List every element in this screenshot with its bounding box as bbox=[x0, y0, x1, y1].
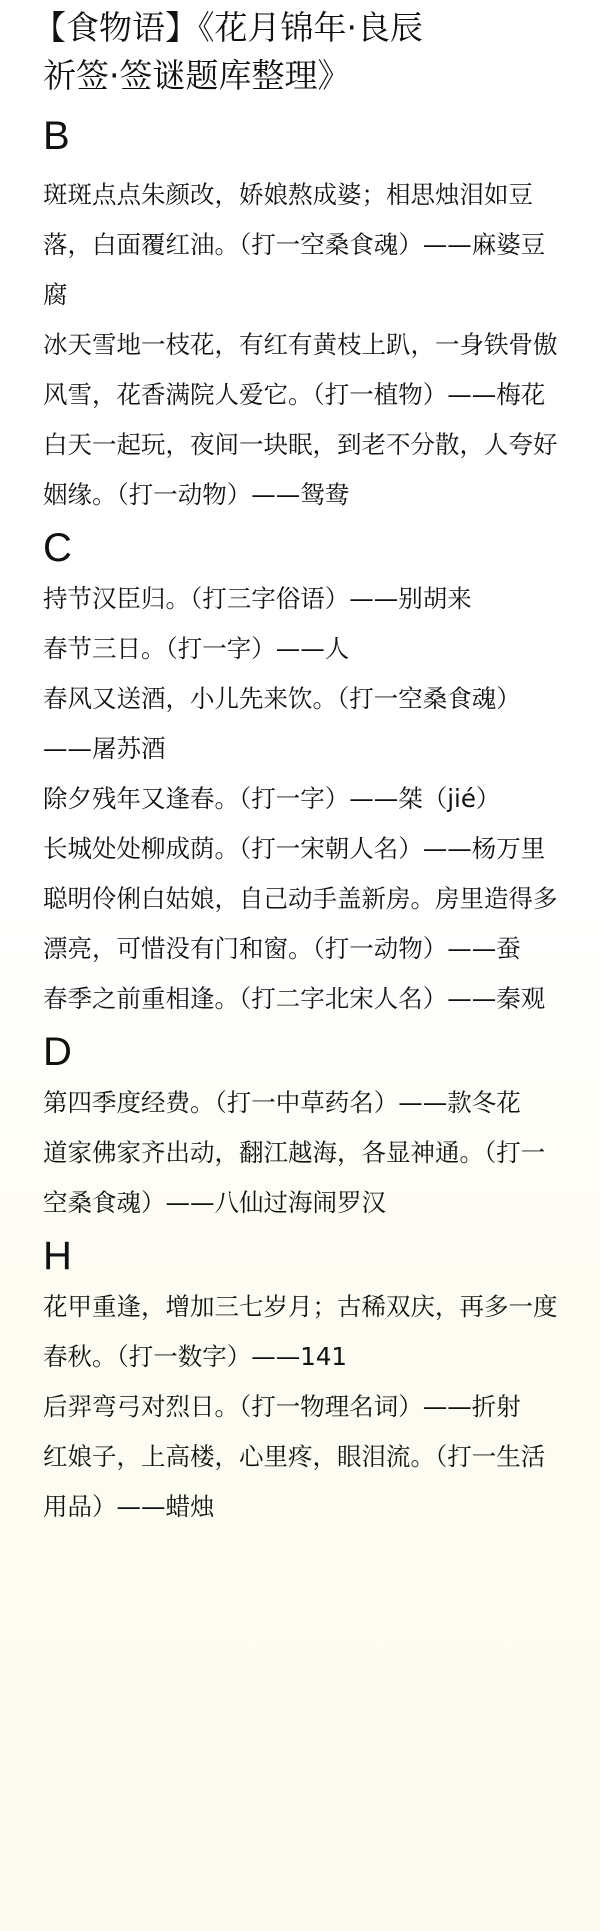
page-title-line-2: 祈签·签谜题库整理》 bbox=[43, 52, 563, 100]
riddle-item: 花甲重逢，增加三七岁月；古稀双庆，再多一度春秋。（打一数字）——141 bbox=[43, 1282, 563, 1382]
document-page: 【食物语】《花月锦年·良辰 祈签·签谜题库整理》 B 斑斑点点朱颜改，娇娘熬成婆… bbox=[0, 0, 563, 1532]
section-c: C 持节汉臣归。（打三字俗语）——别胡来 春节三日。（打一字）——人 春风又送酒… bbox=[43, 526, 563, 1024]
riddle-item: 长城处处柳成荫。（打一宋朝人名）——杨万里 bbox=[43, 824, 563, 874]
section-h: H 花甲重逢，增加三七岁月；古稀双庆，再多一度春秋。（打一数字）——141 后羿… bbox=[43, 1234, 563, 1532]
riddle-item: 后羿弯弓对烈日。（打一物理名词）——折射 bbox=[43, 1382, 563, 1432]
section-b: B 斑斑点点朱颜改，娇娘熬成婆；相思烛泪如豆落，白面覆红油。（打一空桑食魂）——… bbox=[43, 114, 563, 520]
section-heading: B bbox=[43, 114, 563, 158]
riddle-item: 道家佛家齐出动，翻江越海，各显神通。（打一空桑食魂）——八仙过海闹罗汉 bbox=[43, 1128, 563, 1228]
section-heading: H bbox=[43, 1234, 563, 1278]
riddle-item: 持节汉臣归。（打三字俗语）——别胡来 bbox=[43, 574, 563, 624]
page-title-line-1: 【食物语】《花月锦年·良辰 bbox=[33, 4, 563, 52]
riddle-item: 第四季度经费。（打一中草药名）——款冬花 bbox=[43, 1078, 563, 1128]
section-heading: D bbox=[43, 1030, 563, 1074]
riddle-item: 红娘子，上高楼，心里疼，眼泪流。（打一生活用品）——蜡烛 bbox=[43, 1432, 563, 1532]
page-title: 【食物语】《花月锦年·良辰 祈签·签谜题库整理》 bbox=[43, 0, 563, 100]
riddle-item: 白天一起玩，夜间一块眠，到老不分散，人夸好姻缘。（打一动物）——鸳鸯 bbox=[43, 420, 563, 520]
riddle-item: 聪明伶俐白姑娘，自己动手盖新房。房里造得多漂亮，可惜没有门和窗。（打一动物）——… bbox=[43, 874, 563, 974]
riddle-item: 冰天雪地一枝花，有红有黄枝上趴，一身铁骨傲风雪，花香满院人爱它。（打一植物）——… bbox=[43, 320, 563, 420]
riddle-item: 斑斑点点朱颜改，娇娘熬成婆；相思烛泪如豆落，白面覆红油。（打一空桑食魂）——麻婆… bbox=[43, 170, 563, 320]
riddle-item: 春季之前重相逢。（打二字北宋人名）——秦观 bbox=[43, 974, 563, 1024]
riddle-item: 春风又送酒，小儿先来饮。（打一空桑食魂）——屠苏酒 bbox=[43, 674, 563, 774]
riddle-item: 春节三日。（打一字）——人 bbox=[43, 624, 563, 674]
section-heading: C bbox=[43, 526, 563, 570]
riddle-item: 除夕残年又逢春。（打一字）——桀（jié） bbox=[43, 774, 563, 824]
section-d: D 第四季度经费。（打一中草药名）——款冬花 道家佛家齐出动，翻江越海，各显神通… bbox=[43, 1030, 563, 1228]
